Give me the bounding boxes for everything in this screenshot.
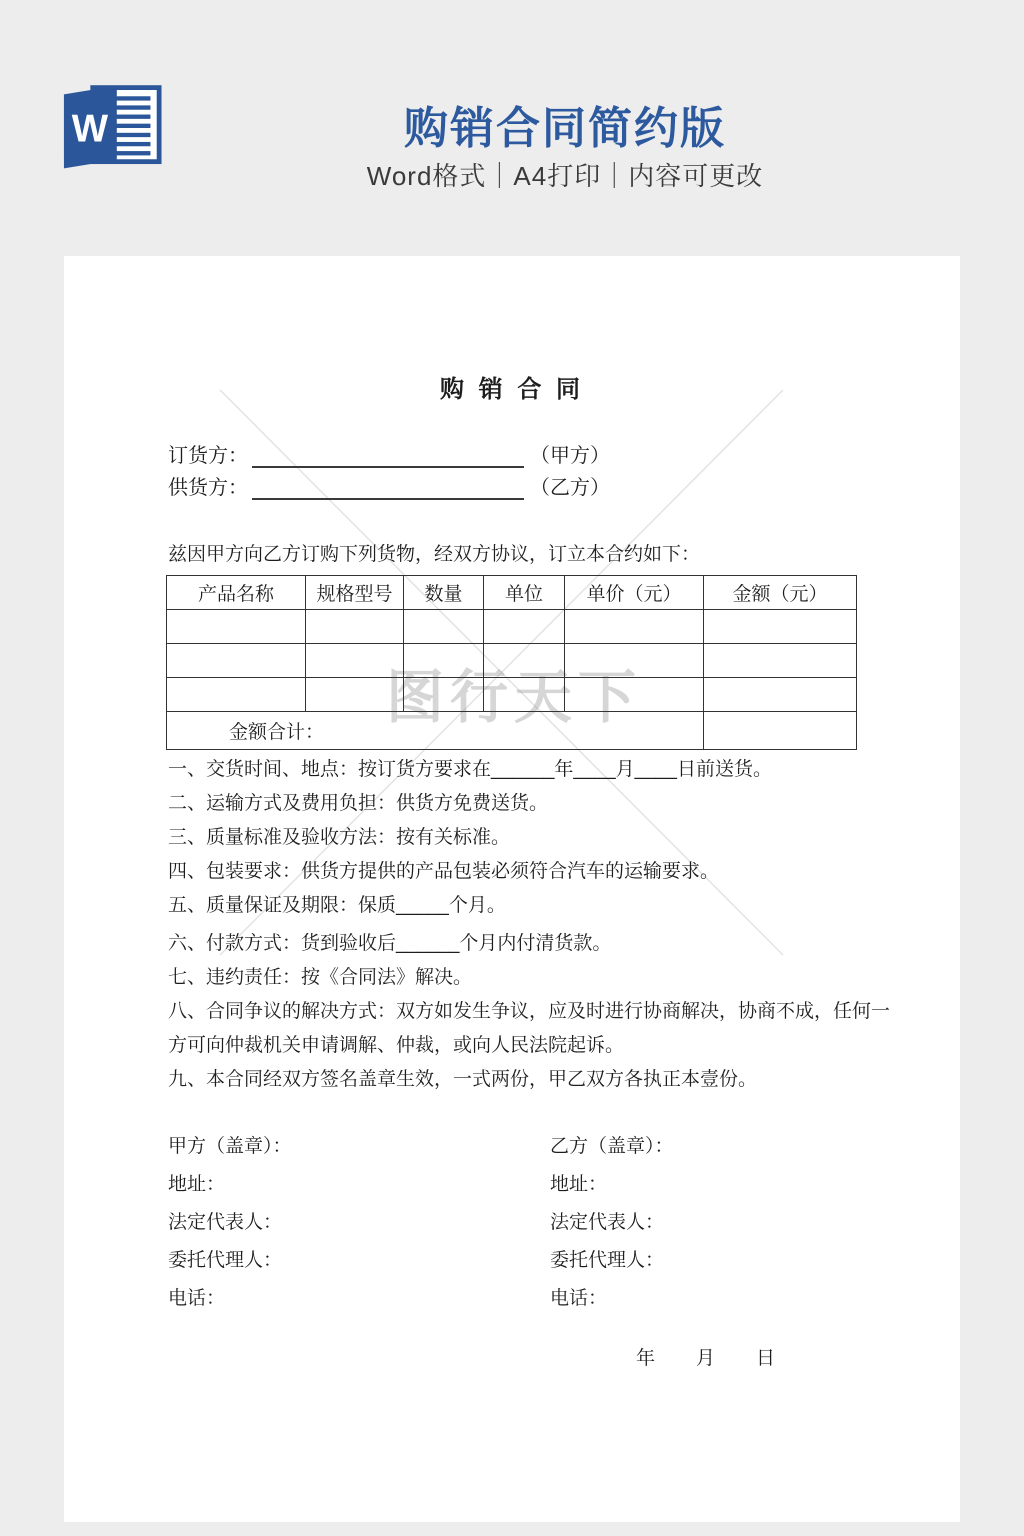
word-icon: W xyxy=(62,84,162,172)
goods-cell[interactable] xyxy=(306,610,404,644)
party-b-suffix: （乙方） xyxy=(530,477,610,499)
goods-cell[interactable] xyxy=(167,610,306,644)
clause-9: 九、本合同经双方签名盖章生效，一式两份，甲乙双方各执正本壹份。 xyxy=(168,1063,894,1097)
party-a-phone-label: 电话： xyxy=(168,1280,292,1318)
party-b-blank-field[interactable] xyxy=(252,478,524,500)
goods-cell[interactable] xyxy=(306,678,404,712)
col-unit: 单位 xyxy=(484,576,565,610)
goods-cell[interactable] xyxy=(704,644,857,678)
date-line: 年 月 日 xyxy=(636,1348,775,1370)
page-subtitle: Word格式｜A4打印｜内容可更改 xyxy=(170,156,960,193)
party-a-label: 订货方： xyxy=(168,445,248,467)
goods-cell[interactable] xyxy=(484,644,565,678)
signature-party-a: 甲方（盖章）： 地址： 法定代表人： 委托代理人： 电话： xyxy=(168,1128,292,1318)
goods-table-total-row: 金额合计： xyxy=(167,712,857,750)
goods-cell[interactable] xyxy=(565,644,704,678)
intro-text: 兹因甲方向乙方订购下列货物，经双方协议，订立本合约如下： xyxy=(168,543,700,567)
party-b-label: 供货方： xyxy=(168,477,248,499)
col-product-name: 产品名称 xyxy=(167,576,306,610)
goods-table-header-row: 产品名称 规格型号 数量 单位 单价（元） 金额（元） xyxy=(167,576,857,610)
party-a-legal-rep-label: 法定代表人： xyxy=(168,1204,292,1242)
goods-cell[interactable] xyxy=(404,644,484,678)
total-amount-cell[interactable] xyxy=(704,712,857,750)
date-year-label: 年 xyxy=(636,1348,655,1370)
clause-4: 四、包装要求：供货方提供的产品包装必须符合汽车的运输要求。 xyxy=(168,855,894,889)
word-icon-graphic: W xyxy=(62,84,162,172)
goods-table-row xyxy=(167,644,857,678)
party-b-seal-label: 乙方（盖章）： xyxy=(550,1128,674,1166)
party-a-address-label: 地址： xyxy=(168,1166,292,1204)
clause-6: 六、付款方式：货到验收后______个月内付清货款。 xyxy=(168,927,894,961)
date-month-label: 月 xyxy=(696,1348,715,1370)
party-b-legal-rep-label: 法定代表人： xyxy=(550,1204,674,1242)
party-a-blank-field[interactable] xyxy=(252,446,524,468)
goods-cell[interactable] xyxy=(704,678,857,712)
goods-table-row xyxy=(167,678,857,712)
word-icon-letter: W xyxy=(72,107,109,150)
goods-table-row xyxy=(167,610,857,644)
goods-cell[interactable] xyxy=(404,678,484,712)
col-amount: 金额（元） xyxy=(704,576,857,610)
goods-cell[interactable] xyxy=(404,610,484,644)
party-a-seal-label: 甲方（盖章）： xyxy=(168,1128,292,1166)
contract-title: 购 销 合 同 xyxy=(64,369,960,404)
clause-list: 一、交货时间、地点：按订货方要求在______年____月____日前送货。 二… xyxy=(168,753,894,1097)
date-day-label: 日 xyxy=(756,1348,775,1370)
goods-cell[interactable] xyxy=(167,678,306,712)
page-title: 购销合同简约版 xyxy=(170,92,960,156)
goods-cell[interactable] xyxy=(167,644,306,678)
party-a-suffix: （甲方） xyxy=(530,445,610,467)
party-a-row: 订货方：（甲方） xyxy=(168,444,610,468)
party-a-agent-label: 委托代理人： xyxy=(168,1242,292,1280)
col-spec-model: 规格型号 xyxy=(306,576,404,610)
clause-5: 五、质量保证及期限：保质_____个月。 xyxy=(168,889,894,923)
clause-2: 二、运输方式及费用负担：供货方免费送货。 xyxy=(168,787,894,821)
goods-cell[interactable] xyxy=(306,644,404,678)
clause-1: 一、交货时间、地点：按订货方要求在______年____月____日前送货。 xyxy=(168,753,894,787)
goods-cell[interactable] xyxy=(565,678,704,712)
clause-7: 七、违约责任：按《合同法》解决。 xyxy=(168,961,894,995)
document-page: 图行天下 购 销 合 同 订货方：（甲方） 供货方：（乙方） 兹因甲方向乙方订购… xyxy=(64,256,960,1522)
party-b-agent-label: 委托代理人： xyxy=(550,1242,674,1280)
col-quantity: 数量 xyxy=(404,576,484,610)
party-b-address-label: 地址： xyxy=(550,1166,674,1204)
total-amount-label: 金额合计： xyxy=(167,712,704,750)
goods-cell[interactable] xyxy=(565,610,704,644)
party-b-row: 供货方：（乙方） xyxy=(168,476,610,500)
goods-cell[interactable] xyxy=(704,610,857,644)
clause-3: 三、质量标准及验收方法：按有关标准。 xyxy=(168,821,894,855)
goods-table: 产品名称 规格型号 数量 单位 单价（元） 金额（元） xyxy=(166,575,857,750)
signature-party-b: 乙方（盖章）： 地址： 法定代表人： 委托代理人： 电话： xyxy=(550,1128,674,1318)
goods-cell[interactable] xyxy=(484,678,565,712)
party-b-phone-label: 电话： xyxy=(550,1280,674,1318)
goods-cell[interactable] xyxy=(484,610,565,644)
clause-8: 八、合同争议的解决方式：双方如发生争议，应及时进行协商解决，协商不成，任何一方可… xyxy=(168,995,894,1063)
col-unit-price: 单价（元） xyxy=(565,576,704,610)
